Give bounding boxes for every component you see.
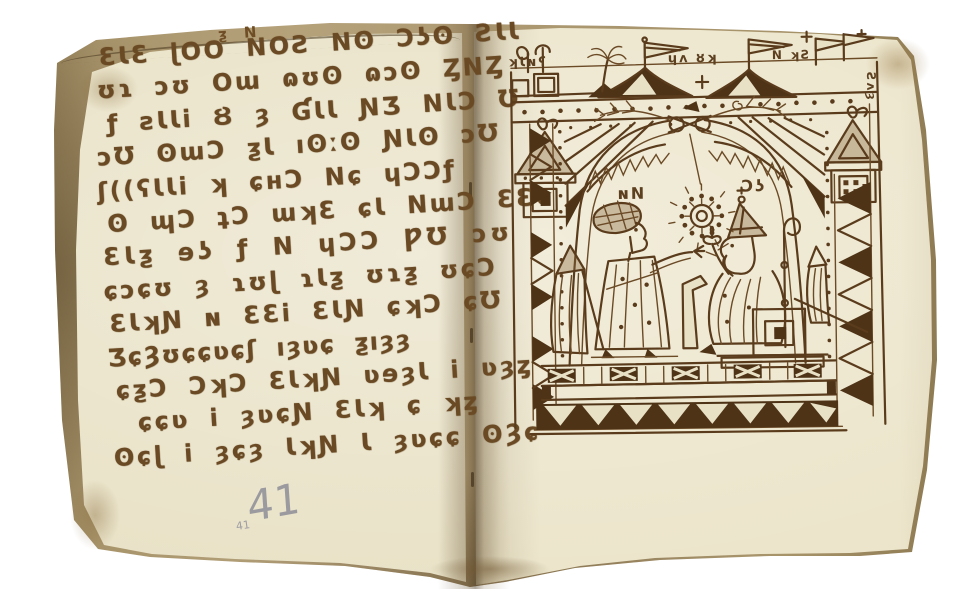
glyph-text: ʞƖɴʕ — [508, 55, 548, 70]
codex-photograph: ƺ N ƐƖƐ ɭOO NOƧ Nʘ Ɔʖʘ ƧƖƖ ʊɿ ɔʊ Oɯ ɷʊʘ … — [0, 0, 980, 604]
sun-icon — [668, 134, 735, 250]
figures — [549, 186, 867, 370]
glyph-text: N ʞƧ — [772, 48, 812, 62]
left-tower — [515, 118, 576, 217]
script-text-block: ƐƖƐ ɭOO NOƧ Nʘ Ɔʖʘ ƧƖƖ ʊɿ ɔʊ Oɯ ɷʊʘ ɷɔʘ … — [88, 20, 491, 477]
tent-row: ʞƖɴʕ ɥʌ ȣʞ N ʞƧ Ƨʌȝ — [508, 30, 879, 106]
zigzag-band — [536, 400, 838, 430]
miniature-drawing: ʞƖɴʕ ɥʌ ȣʞ N ʞƧ Ƨʌȝ — [483, 23, 924, 440]
ink-miniature: ʞƖɴʕ ɥʌ ȣʞ N ʞƧ Ƨʌȝ — [483, 23, 924, 440]
battlement — [512, 45, 595, 97]
bishop-enthroned — [697, 187, 785, 355]
tent-icon — [598, 37, 693, 97]
attendant-right — [807, 246, 829, 322]
throne — [717, 309, 828, 368]
pencil-page-number-small: 41 — [235, 518, 251, 533]
canopy-drape-right — [739, 117, 825, 220]
spine-stitch — [471, 472, 474, 487]
glyph-text: Ɔʖ — [741, 176, 766, 195]
glyph-text: Ƨʌȝ — [864, 72, 878, 102]
glyph-text: ɴN — [617, 184, 646, 203]
chair-arm — [683, 276, 708, 348]
pencil-page-number: 41 — [246, 473, 302, 531]
right-tower — [824, 106, 881, 202]
attendant-left — [550, 245, 603, 354]
glyph-text: ɥʌ ȣʞ — [668, 51, 719, 67]
